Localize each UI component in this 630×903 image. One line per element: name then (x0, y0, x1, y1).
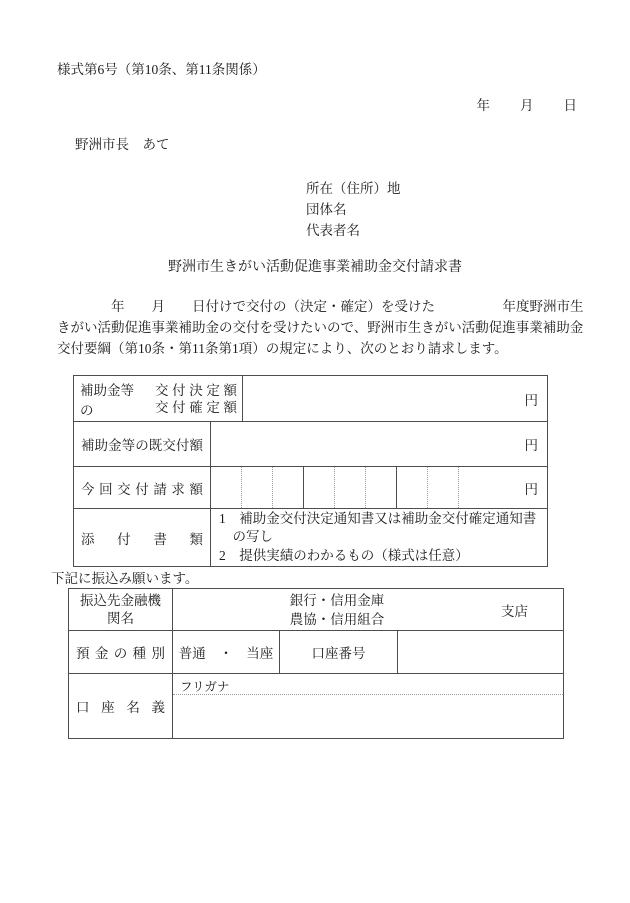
requested-amount-unit-cell: 円 (489, 467, 547, 508)
institution-value-cell: 銀行・信用金庫 農協・信用組合 支店 (173, 589, 563, 630)
yen-unit-label: 円 (525, 478, 539, 498)
paid-amount-row: 補助金等の既交付額 円 (74, 421, 547, 466)
requested-amount-label-cell: 今回交付請求額 (74, 467, 211, 508)
amount-table: 補助金等の 交付決定額 交付確定額 円 補助金等の既交付額 円 今回交付請求額 (73, 375, 548, 567)
document-title: 野洲市生きがい活動促進事業補助金交付請求書 (0, 256, 630, 276)
amount-digit-cell (366, 467, 397, 508)
decided-amount-value-cell: 円 (243, 376, 547, 421)
institution-label: 振込先金融機関名 (75, 592, 166, 628)
attachment-item: の写し (219, 528, 539, 547)
applicant-address-label: 所在（住所）地 (306, 178, 401, 199)
applicant-block: 所在（住所）地 団体名 代表者名 (306, 178, 401, 241)
amount-digit-cell (335, 467, 366, 508)
yen-unit-label: 円 (525, 389, 539, 409)
account-number-label-cell: 口座番号 (280, 631, 398, 673)
furigana-label: フリガナ (173, 674, 563, 695)
account-holder-value-cell: フリガナ (173, 674, 563, 738)
institution-type-options: 銀行・信用金庫 農協・信用組合 (173, 591, 501, 629)
applicant-organization-label: 団体名 (306, 199, 401, 220)
attachments-row: 添付書類 1 補助金交付決定通知書又は補助金交付確定通知書 の写し 2 提供実績… (74, 508, 547, 566)
account-number-label: 口座番号 (312, 642, 366, 662)
paid-amount-value-cell: 円 (211, 422, 547, 466)
account-holder-name-space (173, 695, 563, 738)
amount-digit-cell (242, 467, 273, 508)
deposit-type-options-cell: 普通 ・ 当座 (173, 631, 280, 673)
deposit-type-label: 預金の種別 (76, 642, 165, 662)
amount-digit-cell (273, 467, 304, 508)
yen-unit-label: 円 (525, 434, 539, 454)
requested-amount-row: 今回交付請求額 円 (74, 466, 547, 508)
date-field: 年 月 日 (0, 94, 578, 114)
decided-amount-option2: 交付確定額 (155, 399, 237, 416)
amount-digit-cell (459, 467, 489, 508)
paid-amount-label-cell: 補助金等の既交付額 (74, 422, 211, 466)
applicant-representative-label: 代表者名 (306, 220, 401, 241)
attachments-label-cell: 添付書類 (74, 509, 211, 566)
decided-amount-label-options: 交付決定額 交付確定額 (155, 382, 237, 416)
transfer-note: 下記に振込み願います。 (51, 567, 198, 587)
body-line: 年 月 日付けで交付の（決定・確定）を受けた 年度野洲市生 (57, 296, 587, 317)
amount-digit-cell (428, 467, 459, 508)
amount-digit-cell (211, 467, 242, 508)
deposit-type-options: 普通 ・ 当座 (179, 642, 274, 662)
attachments-label: 添付書類 (81, 528, 203, 548)
account-number-value-cell (398, 631, 563, 673)
account-holder-label: 口座名義 (76, 696, 165, 716)
amount-digit-cell (304, 467, 335, 508)
deposit-type-row: 預金の種別 普通 ・ 当座 口座番号 (69, 630, 563, 673)
requested-amount-digit-grid: 円 (211, 467, 547, 508)
branch-suffix-label: 支店 (501, 600, 563, 620)
attachment-item: 1 補助金交付決定通知書又は補助金交付確定通知書 (219, 510, 539, 529)
attachments-list: 1 補助金交付決定通知書又は補助金交付確定通知書 の写し 2 提供実績のわかるも… (211, 508, 547, 568)
decided-amount-option1: 交付決定額 (155, 382, 237, 399)
subsidy-request-form-page: 様式第6号（第10条、第11条関係） 年 月 日 野洲市長 あて 所在（住所）地… (0, 0, 630, 903)
form-number: 様式第6号（第10条、第11条関係） (57, 58, 266, 78)
amount-digit-cell (397, 467, 428, 508)
body-line: 交付要綱（第10条・第11条第1項）の規定により、次のとおり請求します。 (57, 338, 587, 359)
account-holder-row: 口座名義 フリガナ (69, 673, 563, 738)
account-holder-label-cell: 口座名義 (69, 674, 173, 738)
institution-label-cell: 振込先金融機関名 (69, 589, 173, 630)
institution-type-line: 銀行・信用金庫 (173, 591, 501, 610)
decided-amount-label-prefix: 補助金等の (80, 379, 146, 419)
deposit-type-label-cell: 預金の種別 (69, 631, 173, 673)
body-paragraph: 年 月 日付けで交付の（決定・確定）を受けた 年度野洲市生 きがい活動促進事業補… (57, 296, 587, 359)
body-line: きがい活動促進事業補助金の交付を受けたいので、野洲市生きがい活動促進事業補助金 (57, 317, 587, 338)
paid-amount-label: 補助金等の既交付額 (81, 434, 203, 454)
addressee-line: 野洲市長 あて (75, 133, 170, 153)
institution-type-line: 農協・信用組合 (173, 610, 501, 629)
requested-amount-label: 今回交付請求額 (81, 478, 203, 498)
institution-row: 振込先金融機関名 銀行・信用金庫 農協・信用組合 支店 (69, 589, 563, 630)
decided-amount-label-cell: 補助金等の 交付決定額 交付確定額 (74, 376, 243, 421)
attachment-item: 2 提供実績のわかるもの（様式は任意） (219, 547, 539, 566)
bank-table: 振込先金融機関名 銀行・信用金庫 農協・信用組合 支店 預金の種別 普通 ・ 当… (68, 588, 564, 739)
decided-amount-row: 補助金等の 交付決定額 交付確定額 円 (74, 376, 547, 421)
